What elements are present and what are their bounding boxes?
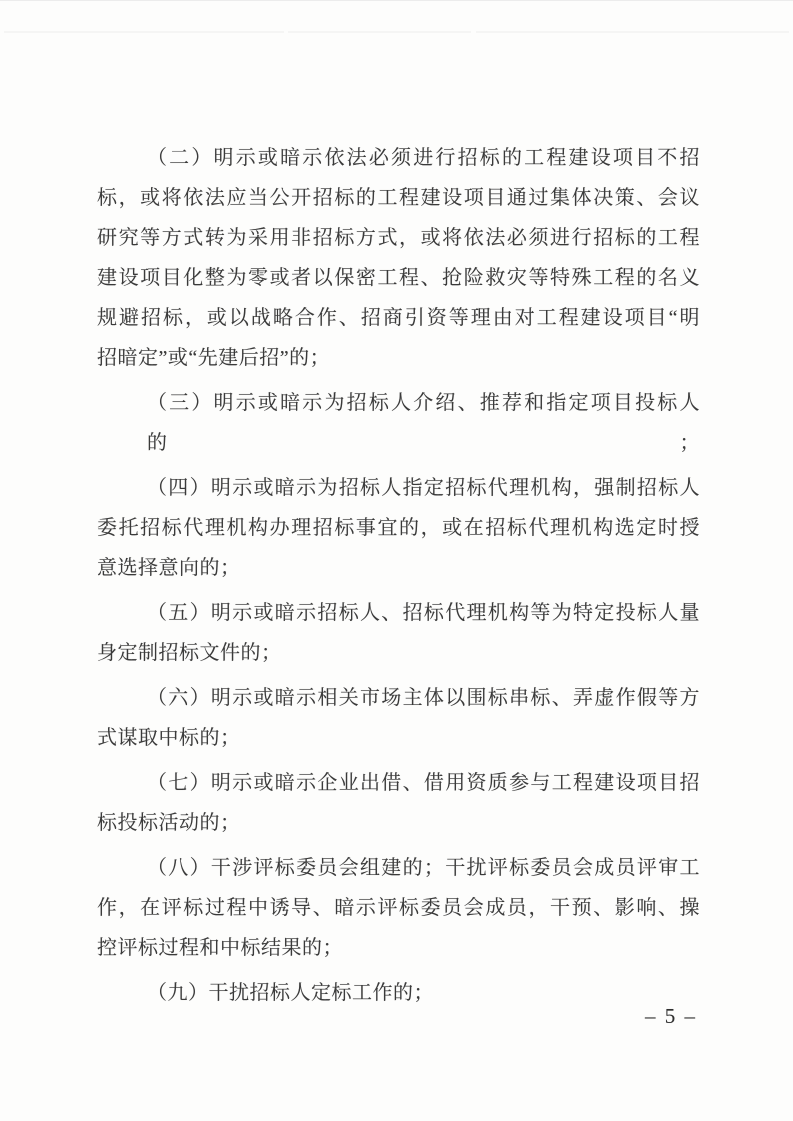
clause-item-7: （七）明示或暗示企业出借、借用资质参与工程建设项目招 标投标活动的； — [97, 763, 700, 843]
document-body: （二）明示或暗示依法必须进行招标的工程建设项目不招 标，或将依法应当公开招标的工… — [97, 138, 700, 1013]
text-line: （五）明示或暗示招标人、招标代理机构等为特定投标人量 — [97, 593, 700, 633]
text-line: （二）明示或暗示依法必须进行招标的工程建设项目不招 — [97, 138, 700, 178]
clause-item-3: （三）明示或暗示为招标人介绍、推荐和指定项目投标人的； — [97, 383, 700, 463]
text-line: 标投标活动的； — [97, 803, 700, 843]
scan-artifact-streak — [0, 31, 793, 33]
text-line: 意选择意向的； — [97, 548, 700, 588]
clause-item-6: （六）明示或暗示相关市场主体以围标串标、弄虚作假等方 式谋取中标的； — [97, 678, 700, 758]
text-line: 作，在评标过程中诱导、暗示评标委员会成员，干预、影响、操 — [97, 888, 700, 928]
text-line: （三）明示或暗示为招标人介绍、推荐和指定项目投标人的； — [97, 383, 700, 463]
clause-item-4: （四）明示或暗示为招标人指定招标代理机构，强制招标人 委托招标代理机构办理招标事… — [97, 468, 700, 588]
document-page: （二）明示或暗示依法必须进行招标的工程建设项目不招 标，或将依法应当公开招标的工… — [0, 0, 793, 1121]
clause-item-9: （九）干扰招标人定标工作的； — [97, 973, 700, 1013]
text-line: 研究等方式转为采用非招标方式，或将依法必须进行招标的工程 — [97, 218, 700, 258]
text-line: 建设项目化整为零或者以保密工程、抢险救灾等特殊工程的名义 — [97, 258, 700, 298]
text-line: 规避招标，或以战略合作、招商引资等理由对工程建设项目“明 — [97, 298, 700, 338]
text-line: 式谋取中标的； — [97, 718, 700, 758]
text-line: （九）干扰招标人定标工作的； — [97, 973, 700, 1013]
text-line: （七）明示或暗示企业出借、借用资质参与工程建设项目招 — [97, 763, 700, 803]
text-line: （八）干涉评标委员会组建的；干扰评标委员会成员评审工 — [97, 848, 700, 888]
text-line: 控评标过程和中标结果的； — [97, 928, 700, 968]
clause-item-5: （五）明示或暗示招标人、招标代理机构等为特定投标人量 身定制招标文件的； — [97, 593, 700, 673]
text-line: 招暗定”或“先建后招”的； — [97, 338, 700, 378]
page-number: – 5 – — [645, 1002, 697, 1030]
text-line: （四）明示或暗示为招标人指定招标代理机构，强制招标人 — [97, 468, 700, 508]
clause-item-8: （八）干涉评标委员会组建的；干扰评标委员会成员评审工 作，在评标过程中诱导、暗示… — [97, 848, 700, 968]
clause-item-2: （二）明示或暗示依法必须进行招标的工程建设项目不招 标，或将依法应当公开招标的工… — [97, 138, 700, 378]
text-line: 委托招标代理机构办理招标事宜的，或在招标代理机构选定时授 — [97, 508, 700, 548]
text-line: （六）明示或暗示相关市场主体以围标串标、弄虚作假等方 — [97, 678, 700, 718]
text-line: 标，或将依法应当公开招标的工程建设项目通过集体决策、会议 — [97, 178, 700, 218]
text-line: 身定制招标文件的； — [97, 633, 700, 673]
scan-artifact-top-edge — [0, 0, 793, 1]
